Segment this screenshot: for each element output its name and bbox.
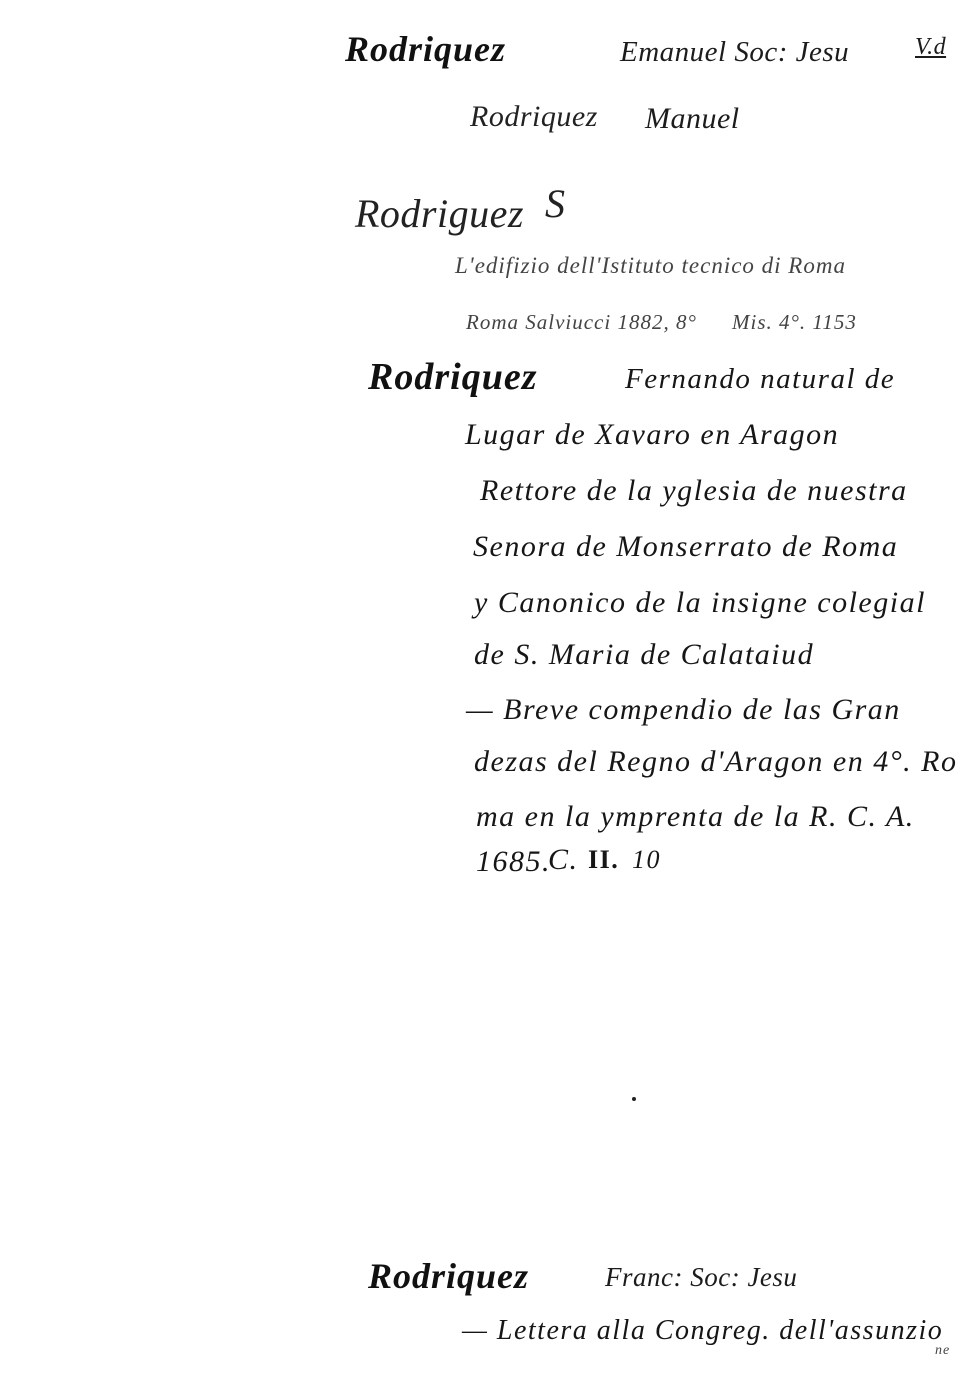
entry-3-title: L'edifizio dell'Istituto tecnico di Roma bbox=[455, 253, 846, 279]
entry-4-date: 1685. bbox=[476, 845, 551, 879]
entry-4-line-2: Rettore de la yglesia de nuestra bbox=[480, 474, 908, 508]
entry-5-name: Franc: Soc: Jesu bbox=[605, 1262, 797, 1293]
entry-4-line-7: dezas del Regno d'Aragon en 4°. Ro bbox=[474, 745, 958, 779]
entry-3-name: S bbox=[545, 180, 566, 227]
entry-4-shelf-number: 10 bbox=[632, 845, 661, 875]
entry-3-imprint: Roma Salviucci 1882, 8° bbox=[466, 310, 697, 335]
entry-2-heading: Rodriquez bbox=[470, 100, 598, 134]
entry-4-shelf-letter: C. bbox=[548, 843, 579, 877]
entry-4-line-3: Senora de Monserrato de Roma bbox=[473, 530, 898, 564]
entry-4-heading: Rodriquez bbox=[368, 355, 537, 399]
entry-3-shelfmark: Mis. 4°. 1153 bbox=[732, 310, 857, 335]
entry-4-line-8: ma en la ymprenta de la R. C. A. bbox=[476, 800, 915, 834]
entry-1-name: Emanuel Soc: Jesu bbox=[620, 36, 849, 69]
entry-4-shelf-roman: II. bbox=[588, 845, 619, 875]
stray-ink-dot bbox=[632, 1097, 636, 1101]
entry-1-suffix: V.d bbox=[915, 34, 946, 61]
entry-4-line-5: de S. Maria de Calataiud bbox=[474, 638, 814, 672]
catalog-card-page: Rodriquez Emanuel Soc: Jesu V.d Rodrique… bbox=[0, 0, 961, 1375]
entry-4-line-4: y Canonico de la insigne colegial bbox=[474, 586, 926, 620]
entry-4-name: Fernando natural de bbox=[625, 363, 895, 396]
entry-3-heading: Rodriguez bbox=[355, 190, 524, 237]
entry-4-line-6: — Breve compendio de las Gran bbox=[466, 693, 901, 727]
entry-4-line-1: Lugar de Xavaro en Aragon bbox=[465, 418, 839, 452]
entry-1-heading: Rodriquez bbox=[345, 28, 506, 70]
entry-5-heading: Rodriquez bbox=[368, 1255, 529, 1297]
entry-5-line-1-continued: ne bbox=[935, 1343, 950, 1359]
entry-2-name: Manuel bbox=[645, 102, 740, 136]
entry-5-line-1: — Lettera alla Congreg. dell'assunzio bbox=[462, 1315, 943, 1347]
